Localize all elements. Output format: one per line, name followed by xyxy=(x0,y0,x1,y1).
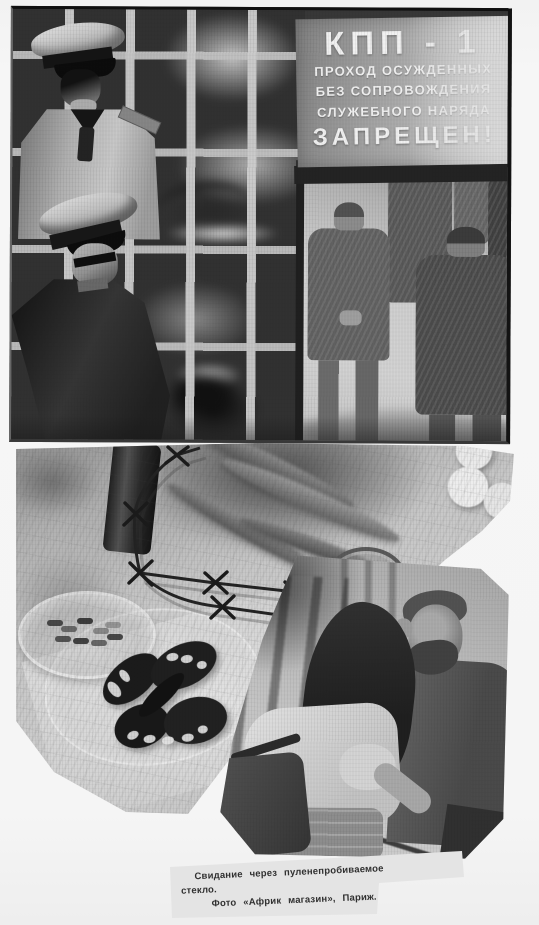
convict-figure xyxy=(307,228,390,360)
sign-line: СЛУЖЕБНОГО НАРЯДА xyxy=(297,99,511,123)
sign-line: БЕЗ СОПРОВОЖДЕНИЯ xyxy=(296,79,510,103)
denim-bag xyxy=(213,751,312,859)
checkpoint-sign: КПП - 1 ПРОХОД ОСУЖДЕННЫХ БЕЗ СОПРОВОЖДЕ… xyxy=(295,16,511,168)
photo-bottom-shadow xyxy=(11,415,506,444)
sign-line: ПРОХОД ОСУЖДЕННЫХ xyxy=(296,59,510,83)
photo-caption-strip: Свидание через пуленепробиваемое стекло.… xyxy=(165,846,469,922)
prison-photomontage: КПП - 1 ПРОХОД ОСУЖДЕННЫХ БЕЗ СОПРОВОЖДЕ… xyxy=(9,6,512,444)
uniform-tie xyxy=(77,127,94,162)
convicts-yard xyxy=(303,166,509,444)
caption-text: Свидание через пуленепробиваемое стекло.… xyxy=(180,859,458,913)
guard-figure-lower xyxy=(11,191,180,444)
sign-title: КПП - 1 xyxy=(295,23,510,63)
sign-warning: ЗАПРЕЩЕН! xyxy=(297,121,511,153)
hands-behind-back xyxy=(340,310,362,325)
convict-figure xyxy=(415,255,509,415)
scanned-book-page: КПП - 1 ПРОХОД ОСУЖДЕННЫХ БЕЗ СОПРОВОЖДЕ… xyxy=(0,0,539,925)
